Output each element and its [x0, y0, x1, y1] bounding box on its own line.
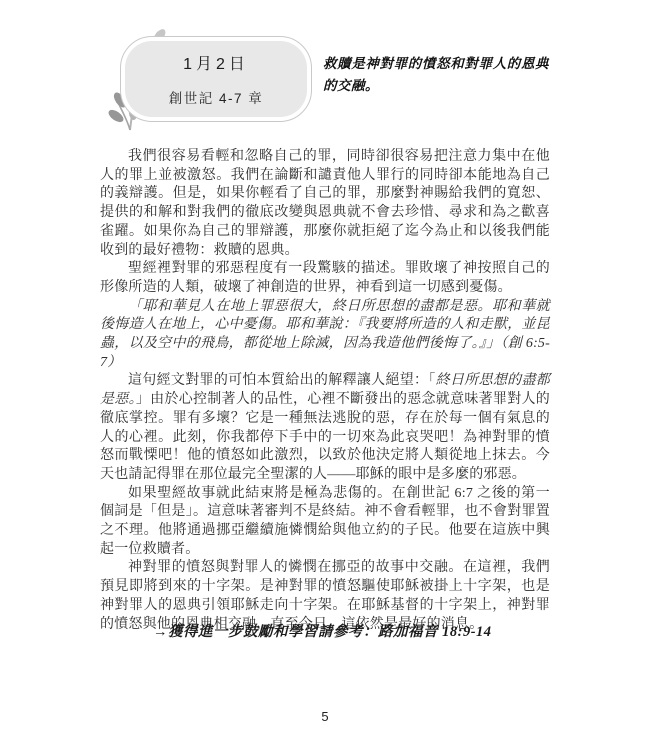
- theme-statement: 救贖是神對罪的憤怒和對罪人的恩典的交融。: [323, 53, 549, 97]
- devotional-page: 1月2日 創世記 4-7 章 救贖是神對罪的憤怒和對罪人的恩典的交融。 我們很容…: [0, 0, 650, 750]
- page-number: 5: [0, 709, 650, 724]
- text-segment-normal: 這句經文對罪的可怕本質給出的解釋讓人絕望：「: [128, 373, 436, 388]
- body-paragraph-4: 這句經文對罪的可怕本質給出的解釋讓人絕望：「終日所思想的盡都是惡。」由於心控制著…: [100, 372, 550, 484]
- text-segment-normal: 」由於心控制著人的品性，心裡不斷發出的惡念就意味著罪對人的徹底掌控。罪有多壞？它…: [100, 392, 550, 482]
- date-label: 1月2日: [183, 51, 249, 74]
- body-paragraph-2: 聖經裡對罪的邪惡程度有一段驚駭的描述。罪敗壞了神按照自己的形像所造的人類，破壞了…: [100, 260, 550, 297]
- date-box-inner: 1月2日 創世記 4-7 章: [125, 41, 307, 117]
- body-paragraph-1: 我們很容易看輕和忽略自己的罪，同時卻很容易把注意力集中在他人的罪上並被激怒。我們…: [100, 148, 550, 260]
- text-segment-normal: 聖經裡對罪的邪惡程度有一段驚駭的描述。罪敗壞了神按照自己的形像所造的人類，破壞了…: [100, 261, 550, 295]
- body-paragraph-3-scripture-quote: 「耶和華見人在地上罪惡很大，終日所思想的盡都是惡。耶和華就後悔造人在地上，心中憂…: [100, 298, 550, 373]
- text-segment-scripture: 「耶和華見人在地上罪惡很大，終日所思想的盡都是惡。耶和華就後悔造人在地上，心中憂…: [100, 299, 550, 370]
- further-study-reference: →獲得進一步鼓勵和學習請參考：路加福音 18:9-14: [153, 620, 583, 641]
- date-box: 1月2日 創世記 4-7 章: [120, 36, 312, 122]
- body-paragraph-5: 如果聖經故事就此結束將是極為悲傷的。在創世記 6:7 之後的第一個詞是「但是」。…: [100, 485, 550, 560]
- text-segment-normal: 我們很容易看輕和忽略自己的罪，同時卻很容易把注意力集中在他人的罪上並被激怒。我們…: [100, 149, 550, 258]
- devotional-body: 我們很容易看輕和忽略自己的罪，同時卻很容易把注意力集中在他人的罪上並被激怒。我們…: [100, 148, 550, 634]
- text-segment-normal: 如果聖經故事就此結束將是極為悲傷的。在創世記 6:7 之後的第一個詞是「但是」。…: [100, 486, 550, 557]
- scripture-reading-label: 創世記 4-7 章: [169, 87, 264, 107]
